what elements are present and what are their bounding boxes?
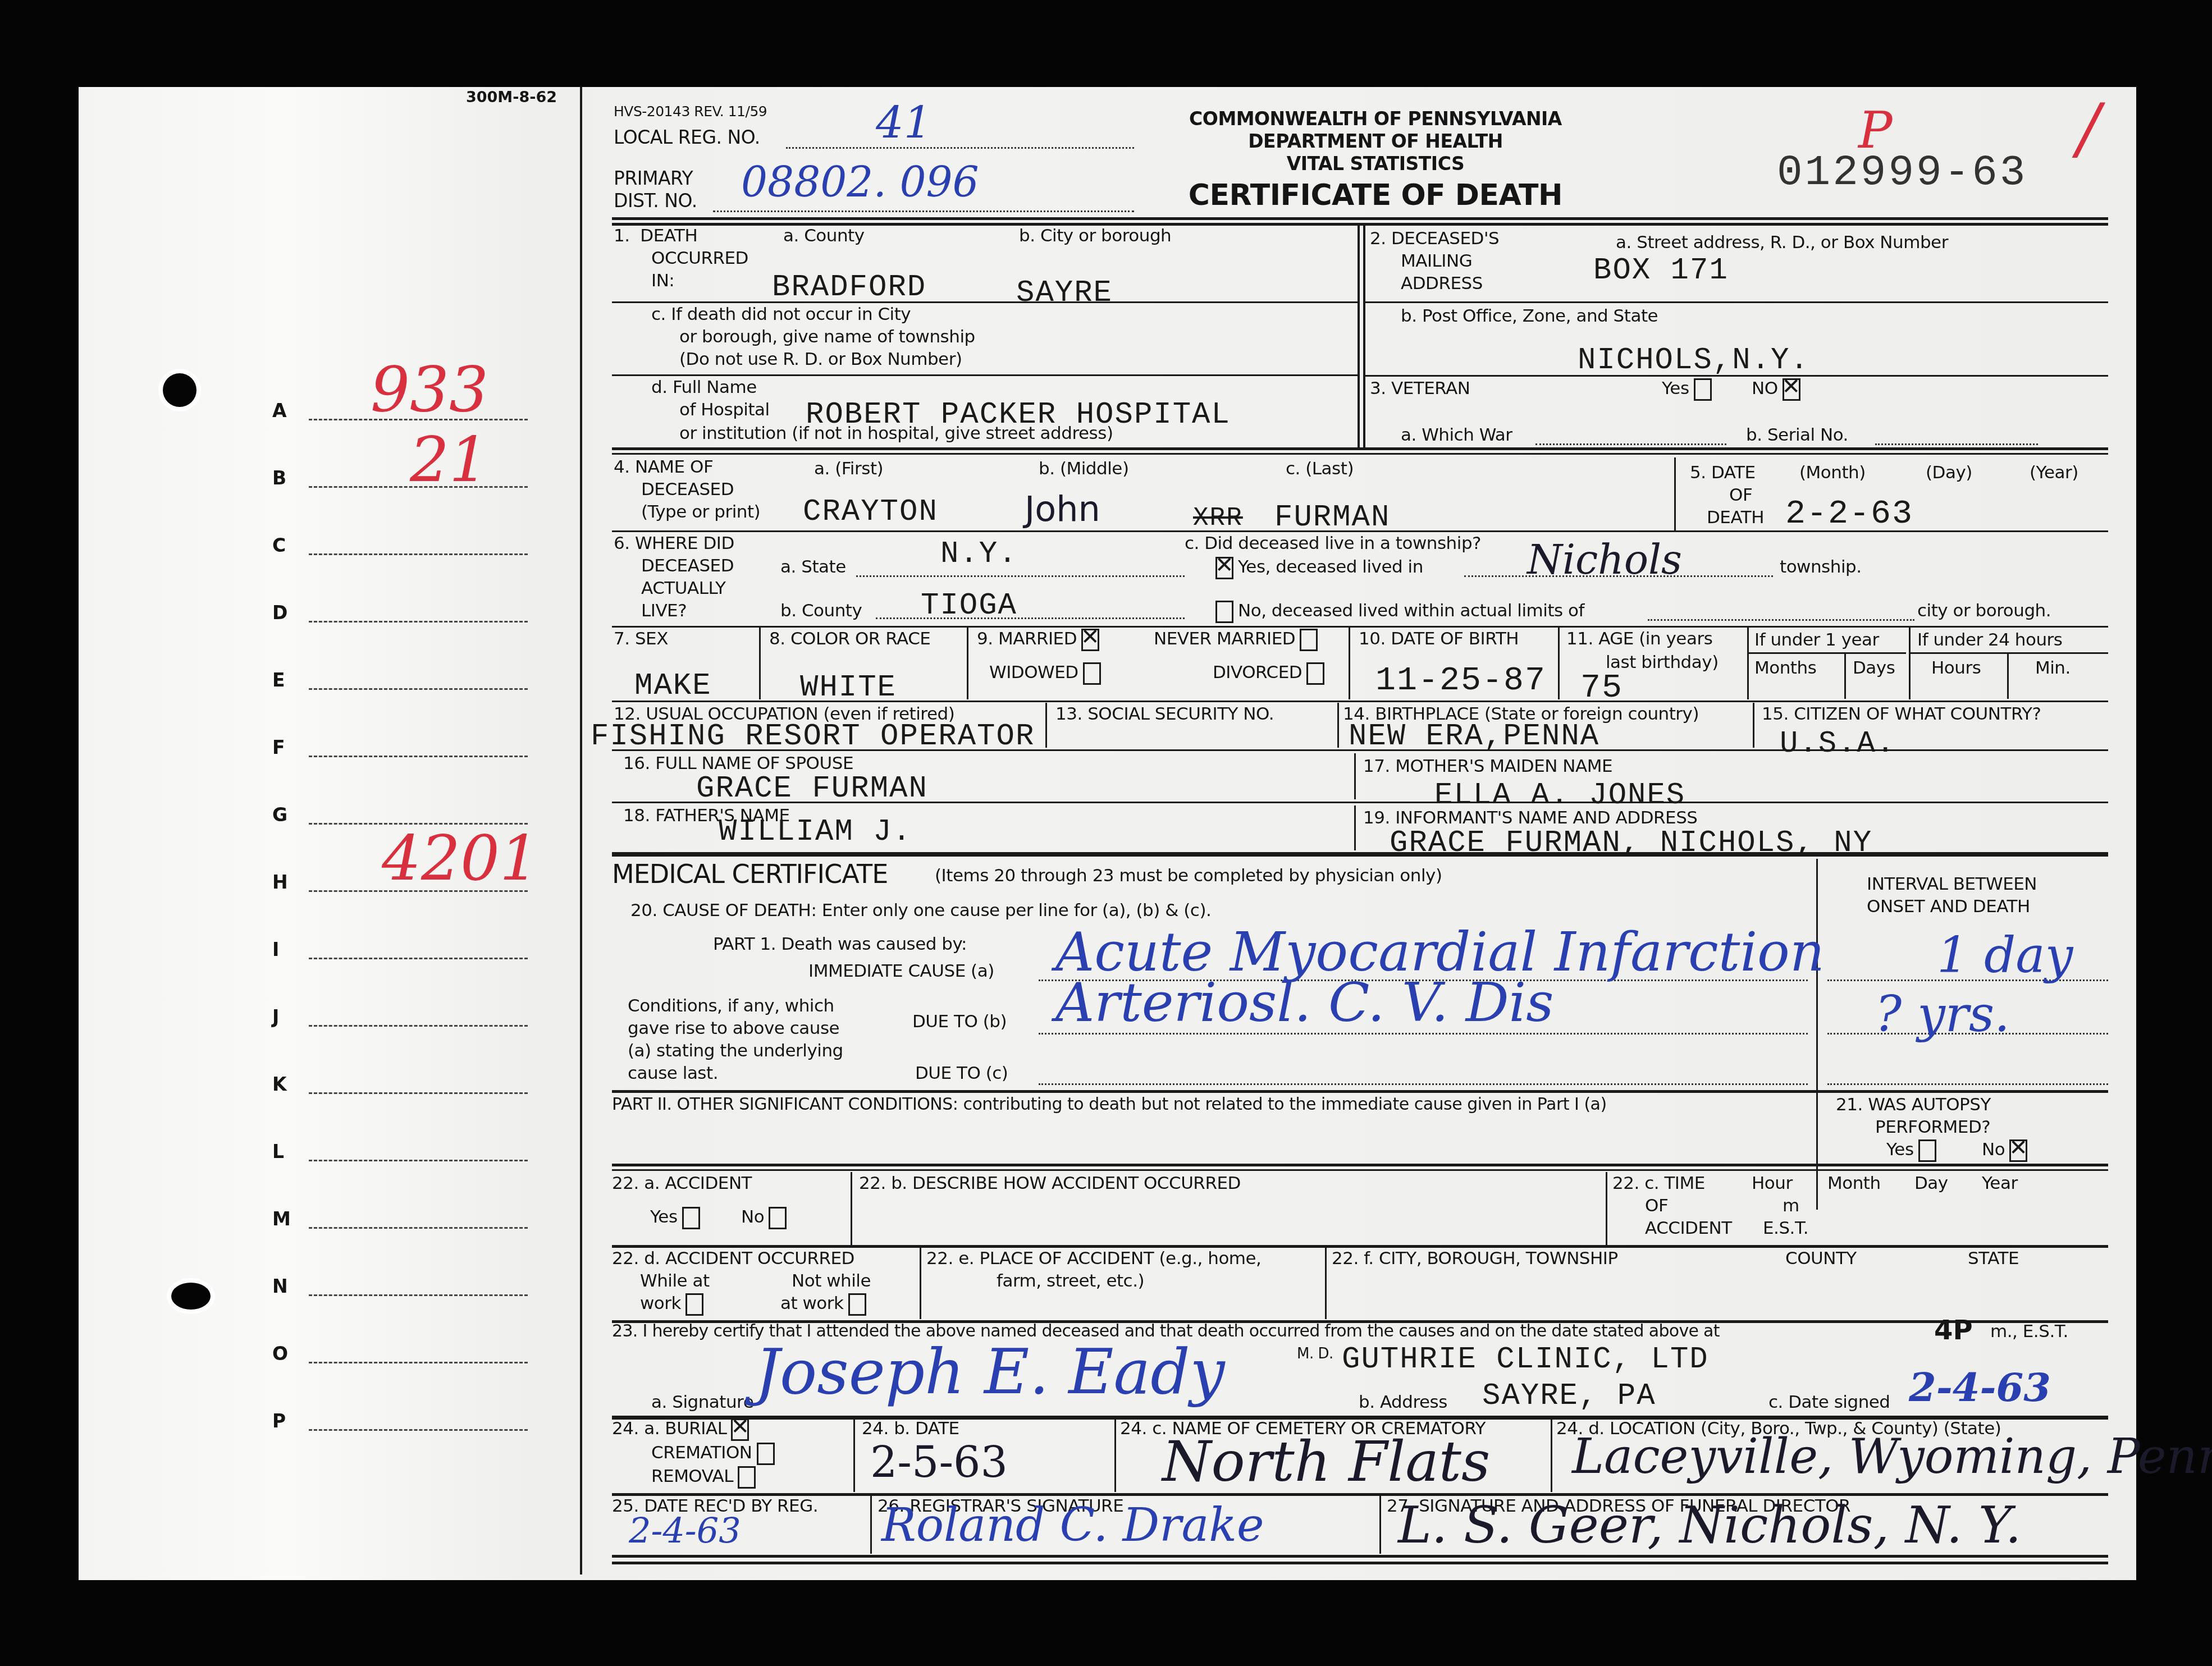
- section-rule-7: [612, 852, 2108, 857]
- accident-yes-checkbox[interactable]: [682, 1207, 700, 1229]
- city-suffix: city or borough.: [1917, 599, 2051, 622]
- residence-state-label: a. State: [780, 556, 846, 578]
- accident-state-label: STATE: [1968, 1247, 2019, 1270]
- accident-county-label: COUNTY: [1785, 1247, 1857, 1270]
- margin-letter-k: K: [272, 1073, 287, 1095]
- married-checkbox[interactable]: [1081, 629, 1099, 651]
- accident-time-label-l2: OF: [1645, 1194, 1668, 1217]
- post-office-label: b. Post Office, Zone, and State: [1401, 305, 1658, 327]
- state-file-number: 012999-63: [1777, 149, 2027, 197]
- never-married-checkbox[interactable]: [1300, 629, 1318, 651]
- serial-no-label: b. Serial No.: [1746, 424, 1848, 446]
- informant-label: 19. INFORMANT'S NAME AND ADDRESS: [1363, 807, 1698, 829]
- cremation-checkbox[interactable]: [757, 1443, 775, 1465]
- due-to-b-value[interactable]: Arteriosl. C. V. Dis: [1055, 971, 1554, 1034]
- which-war-line: [1535, 443, 1726, 445]
- burial-date-label: 24. b. DATE: [862, 1417, 959, 1440]
- interval-label-l1: INTERVAL BETWEEN: [1867, 873, 2037, 895]
- under-year-rule: [1749, 652, 1906, 654]
- item2-rule-1: [1363, 301, 2108, 303]
- divider-8-9: [967, 628, 968, 699]
- item2-label-l3: ADDRESS: [1401, 272, 1483, 295]
- margin-note-h: 4201: [382, 822, 539, 894]
- accident-day-label: Day: [1914, 1172, 1948, 1194]
- veteran-no: NO: [1752, 377, 1800, 401]
- divider-22d-22e: [920, 1247, 921, 1319]
- state-file-number-suffix: -63: [1944, 149, 2028, 197]
- conditions-label-l1: Conditions, if any, which: [628, 995, 834, 1017]
- address-value[interactable]: SAYRE, PA: [1482, 1381, 1656, 1412]
- item1-item2-divider-a: [1358, 226, 1360, 447]
- bottom-rule-2: [612, 1562, 2108, 1564]
- margin-letter-g: G: [272, 804, 287, 826]
- occupation-value[interactable]: FISHING RESORT OPERATOR: [591, 721, 1035, 753]
- due-to-c-label: DUE TO (c): [915, 1062, 1008, 1084]
- part1-label: PART 1. Death was caused by:: [713, 933, 967, 955]
- medical-subtitle: (Items 20 through 23 must be completed b…: [935, 864, 1442, 887]
- ssn-label: 13. SOCIAL SECURITY NO.: [1055, 703, 1274, 725]
- veteran-label: 3. VETERAN: [1370, 377, 1470, 400]
- county-label: a. County: [783, 225, 865, 247]
- divorced-checkbox[interactable]: [1306, 662, 1324, 685]
- agency-line-3: VITAL STATISTICS: [1179, 153, 1572, 175]
- section-rule-1: [612, 447, 2108, 450]
- dist-no-line: [713, 210, 1134, 212]
- divider-18-19: [1354, 805, 1356, 850]
- death-day-label: (Day): [1926, 461, 1972, 484]
- autopsy-label-l2: PERFORMED?: [1875, 1116, 1990, 1138]
- item5-label-l3: DEATH: [1707, 506, 1764, 529]
- conditions-label-l4: cause last.: [628, 1062, 718, 1084]
- physician-signature[interactable]: Joseph E. Eady: [755, 1336, 1225, 1408]
- city-value[interactable]: SAYRE: [1016, 278, 1113, 309]
- item6-label-l2: DECEASED: [641, 555, 734, 577]
- while-at-work-checkbox[interactable]: [685, 1293, 703, 1316]
- interval-label-l2: ONSET AND DEATH: [1867, 895, 2030, 918]
- race-value[interactable]: WHITE: [800, 672, 897, 704]
- punch-hole-bottom: [171, 1283, 211, 1310]
- death-time-value[interactable]: 4P: [1934, 1315, 1973, 1346]
- autopsy-yes: Yes: [1886, 1138, 1936, 1162]
- funeral-director-value[interactable]: L. S. Geer, Nichols, N. Y.: [1398, 1496, 2021, 1555]
- item6-label-l3: ACTUALLY: [641, 577, 726, 599]
- death-month-label: (Month): [1799, 461, 1866, 484]
- section-rule-9: [612, 1164, 2108, 1166]
- interval-divider: [1816, 859, 1818, 1210]
- dob-label: 10. DATE OF BIRTH: [1359, 628, 1519, 650]
- item1-label: 1. DEATH: [614, 225, 697, 247]
- margin-letter-o: O: [272, 1343, 288, 1365]
- months-label: Months: [1754, 657, 1816, 679]
- middle-name-value[interactable]: John: [1025, 488, 1100, 529]
- accident-occurred-label: 22. d. ACCIDENT OCCURRED: [612, 1247, 854, 1270]
- section-rule-8: [612, 1090, 2108, 1093]
- accident-no-checkbox[interactable]: [769, 1207, 787, 1229]
- accident-no: No: [741, 1206, 787, 1229]
- hospital-label-l1: d. Full Name: [651, 376, 757, 399]
- autopsy-no-checkbox[interactable]: [2009, 1139, 2027, 1162]
- item4-label: 4. NAME OF: [614, 456, 713, 478]
- while-at-work-l1: While at: [640, 1270, 710, 1292]
- age-value[interactable]: 75: [1580, 672, 1623, 704]
- margin-letter-l: L: [272, 1141, 284, 1162]
- divider-9-10: [1349, 628, 1350, 699]
- margin-letter-d: D: [272, 602, 287, 624]
- date-signed-value[interactable]: 2-4-63: [1909, 1364, 2051, 1411]
- lived-city-line: [1648, 619, 1914, 621]
- hospital-label-l2: of Hospital: [679, 399, 770, 421]
- lived-township-value[interactable]: Nichols: [1527, 536, 1682, 583]
- accident-yes: Yes: [650, 1206, 700, 1229]
- burial-date-value[interactable]: 2-5-63: [870, 1437, 1008, 1487]
- item1-item2-divider-b: [1363, 226, 1365, 447]
- not-while-work-checkbox[interactable]: [848, 1293, 866, 1316]
- margin-line-m[interactable]: [309, 1227, 528, 1229]
- serial-no-line: [1875, 443, 2038, 445]
- item2-label-l2: MAILING: [1401, 250, 1472, 272]
- first-name-value[interactable]: CRAYTON: [803, 497, 938, 528]
- divider-10-11: [1558, 628, 1560, 699]
- cemetery-value[interactable]: North Flats: [1162, 1429, 1490, 1494]
- margin-note-a: 933: [371, 354, 488, 425]
- autopsy-yes-checkbox[interactable]: [1918, 1139, 1936, 1162]
- city-label: b. City or borough: [1019, 225, 1171, 247]
- under-day-rule: [1911, 652, 2108, 654]
- burial-option: 24. a. BURIAL: [612, 1417, 749, 1441]
- mother-label: 17. MOTHER'S MAIDEN NAME: [1363, 755, 1612, 777]
- stub-divider: [580, 87, 582, 1575]
- divider-under1-under24: [1909, 628, 1911, 699]
- address-label: b. Address: [1359, 1391, 1447, 1413]
- death-year-label: (Year): [2030, 461, 2078, 484]
- never-married-option: NEVER MARRIED: [1154, 628, 1318, 651]
- margin-line-i[interactable]: [309, 958, 528, 959]
- local-reg-line: [786, 147, 1134, 149]
- margin-letter-n: N: [272, 1275, 288, 1297]
- first-name-label: a. (First): [814, 457, 883, 480]
- red-mark-slash: /: [2077, 90, 2100, 168]
- item4-item5-divider: [1674, 457, 1676, 530]
- section-rule-5: [612, 749, 2108, 751]
- last-name-struck: XRR: [1193, 502, 1243, 534]
- item1-label-l3: IN:: [651, 269, 674, 292]
- signature-label: a. Signature: [651, 1391, 753, 1413]
- residence-county-label: b. County: [780, 599, 862, 622]
- due-to-c-interval-line: [1827, 1083, 2108, 1085]
- section-rule-1b: [612, 453, 2108, 455]
- burial-location-value[interactable]: Laceyville, Wyoming, Penna.: [1572, 1429, 2212, 1485]
- place-accident-label-l1: 22. e. PLACE OF ACCIDENT (e.g., home,: [926, 1247, 1261, 1270]
- margin-line-j[interactable]: [309, 1025, 528, 1027]
- cause-of-death-label: 20. CAUSE OF DEATH: Enter only one cause…: [630, 899, 1211, 922]
- due-to-b-label: DUE TO (b): [912, 1010, 1007, 1033]
- under-year-label: If under 1 year: [1754, 629, 1879, 651]
- accident-time-label-l1: 22. c. TIME: [1612, 1172, 1705, 1194]
- local-reg-value: 41: [876, 98, 931, 149]
- removal-option: REMOVAL: [651, 1465, 756, 1489]
- accident-year-label: Year: [1982, 1172, 2018, 1194]
- margin-line-f[interactable]: [309, 756, 528, 757]
- not-while-work-l1: Not while: [792, 1270, 871, 1292]
- middle-name-label: b. (Middle): [1039, 457, 1128, 480]
- immediate-interval-value[interactable]: 1 day: [1937, 926, 2073, 984]
- immediate-cause-label: IMMEDIATE CAUSE (a): [808, 960, 994, 982]
- item6-label: 6. WHERE DID: [614, 532, 734, 555]
- dob-value[interactable]: 11-25-87: [1375, 665, 1546, 697]
- margin-line-n[interactable]: [309, 1294, 528, 1296]
- header-rule-1: [612, 217, 2108, 220]
- section-rule-9b: [612, 1169, 2108, 1171]
- margin-line-k[interactable]: [309, 1092, 528, 1094]
- veteran-yes-checkbox[interactable]: [1694, 378, 1712, 401]
- margin-letter-j: J: [272, 1006, 279, 1028]
- last-name-label: c. (Last): [1286, 457, 1354, 480]
- margin-line-p[interactable]: [309, 1429, 528, 1431]
- spouse-value[interactable]: GRACE FURMAN: [696, 774, 928, 805]
- while-at-work-l2: work: [640, 1292, 703, 1316]
- divorced-option: DIVORCED: [1213, 661, 1324, 685]
- date-of-death-value[interactable]: 2-2-63: [1785, 498, 1913, 530]
- describe-accident-label: 22. b. DESCRIBE HOW ACCIDENT OCCURRED: [859, 1172, 1241, 1194]
- divider-24c-24d: [1551, 1419, 1552, 1492]
- divider-13-14: [1337, 703, 1339, 748]
- divider-25-26: [870, 1495, 872, 1554]
- accident-time-label-l3: ACCIDENT: [1645, 1217, 1732, 1239]
- red-mark-p: P: [1858, 101, 1893, 160]
- divider-hours-min: [2007, 654, 2009, 699]
- widowed-option: WIDOWED: [989, 661, 1101, 685]
- divider-22e-22f: [1325, 1247, 1327, 1319]
- divider-16-17: [1354, 753, 1356, 799]
- divider-11-under1: [1747, 628, 1749, 699]
- divider-22b-22c: [1606, 1172, 1607, 1245]
- which-war-label: a. Which War: [1401, 424, 1512, 446]
- registrar-signature-value[interactable]: Roland C. Drake: [881, 1499, 1264, 1552]
- accident-hour-label: Hour: [1752, 1172, 1793, 1194]
- min-label: Min.: [2035, 657, 2071, 679]
- item6-label-l4: LIVE?: [641, 599, 687, 622]
- residence-county-value[interactable]: TIOGA: [921, 591, 1017, 622]
- divider-months-days: [1844, 654, 1846, 699]
- birthplace-value[interactable]: NEW ERA,PENNA: [1349, 721, 1599, 753]
- due-to-b-interval-value[interactable]: ? yrs.: [1875, 985, 2010, 1043]
- autopsy-label-l1: 21. WAS AUTOPSY: [1836, 1093, 1991, 1116]
- hospital-value[interactable]: ROBERT PACKER HOSPITAL: [806, 400, 1231, 431]
- race-label: 8. COLOR OR RACE: [769, 628, 930, 650]
- divider-22a-22b: [851, 1172, 852, 1245]
- lived-township-yes-checkbox[interactable]: [1215, 557, 1233, 579]
- accident-city-label: 22. f. CITY, BOROUGH, TOWNSHIP: [1332, 1247, 1618, 1270]
- divider-26-27: [1379, 1495, 1381, 1554]
- margin-letter-b: B: [272, 467, 286, 489]
- spouse-label: 16. FULL NAME OF SPOUSE: [623, 752, 853, 775]
- margin-letter-m: M: [272, 1208, 291, 1230]
- medical-title: MEDICAL CERTIFICATE: [612, 859, 888, 889]
- age-label-l1: 11. AGE (in years: [1566, 628, 1712, 650]
- cremation-option: CREMATION: [651, 1441, 775, 1465]
- father-value[interactable]: WILLIAM J.: [719, 817, 912, 848]
- lived-township-yes: Yes, deceased lived in: [1215, 556, 1423, 579]
- sex-value[interactable]: MAKE: [634, 671, 712, 702]
- date-signed-label: c. Date signed: [1768, 1391, 1890, 1413]
- last-name-value[interactable]: FURMAN: [1274, 502, 1390, 534]
- widowed-checkbox[interactable]: [1083, 662, 1101, 685]
- primary-label: PRIMARY: [614, 167, 693, 190]
- margin-letter-p: P: [272, 1410, 286, 1432]
- accident-label: 22. a. ACCIDENT: [612, 1172, 752, 1194]
- accident-month-label: Month: [1827, 1172, 1881, 1194]
- punch-hole-top: [163, 373, 196, 407]
- form-code: 300M-8-62: [466, 89, 557, 106]
- margin-letter-i: I: [272, 939, 279, 960]
- clinic-value[interactable]: GUTHRIE CLINIC, LTD: [1342, 1344, 1709, 1376]
- section-rule-6: [612, 802, 2108, 803]
- county-value[interactable]: BRADFORD: [772, 272, 926, 304]
- margin-letter-h: H: [272, 871, 288, 893]
- hours-label: Hours: [1931, 657, 1981, 679]
- item5-label-l2: OF: [1729, 484, 1752, 506]
- burial-checkbox[interactable]: [731, 1418, 749, 1441]
- md-label: M. D.: [1297, 1343, 1333, 1365]
- form-number: HVS-20143 REV. 11/59: [614, 101, 767, 122]
- margin-letter-f: F: [272, 736, 285, 758]
- item4-label-l3: (Type or print): [641, 501, 760, 523]
- divider-24a-24b: [853, 1419, 855, 1492]
- margin-line-l[interactable]: [309, 1160, 528, 1161]
- not-while-work-l2: at work: [780, 1292, 866, 1316]
- dist-no-value: 08802. 096: [741, 158, 979, 207]
- margin-letter-e: E: [272, 669, 285, 691]
- township-label-l2: or borough, give name of township: [679, 326, 975, 348]
- margin-letter-c: C: [272, 534, 286, 556]
- agency-line-2: DEPARTMENT OF HEALTH: [1179, 130, 1572, 152]
- residence-state-value[interactable]: N.Y.: [940, 539, 1018, 570]
- divider-7-8: [759, 628, 761, 699]
- item4-label-l2: DECEASED: [641, 478, 734, 501]
- bottom-rule-1: [612, 1555, 2108, 1558]
- township-label-l3: (Do not use R. D. or Box Number): [679, 348, 962, 370]
- local-reg-label: LOCAL REG. NO.: [614, 126, 760, 149]
- section-rule-4: [612, 701, 2108, 702]
- married-option: 9. MARRIED: [977, 628, 1099, 651]
- margin-note-b: 21: [410, 424, 488, 496]
- accident-m-label: m: [1783, 1194, 1799, 1217]
- item1-label-l2: OCCURRED: [651, 247, 748, 269]
- conditions-label-l2: gave rise to above cause: [628, 1017, 839, 1040]
- margin-line-e[interactable]: [309, 688, 528, 690]
- accident-est-label: E.S.T.: [1763, 1217, 1808, 1239]
- divider-12-13: [1045, 703, 1047, 748]
- margin-line-c[interactable]: [309, 553, 528, 555]
- days-label: Days: [1853, 657, 1895, 679]
- item2-label: 2. DECEASED'S: [1370, 227, 1499, 250]
- item5-label-l1: 5. DATE: [1690, 461, 1756, 484]
- post-office-value[interactable]: NICHOLS,N.Y.: [1578, 345, 1809, 377]
- street-label: a. Street address, R. D., or Box Number: [1616, 231, 1948, 254]
- township-label-l1: c. If death did not occur in City: [651, 303, 911, 326]
- autopsy-no: No: [1982, 1138, 2027, 1162]
- lived-city-no-checkbox[interactable]: [1215, 601, 1233, 623]
- part2-label: PART II. OTHER SIGNIFICANT CONDITIONS: c…: [612, 1093, 1607, 1116]
- veteran-no-checkbox[interactable]: [1783, 378, 1800, 401]
- certificate-title: CERTIFICATE OF DEATH: [1151, 178, 1600, 212]
- dist-no-label: DIST. NO.: [614, 190, 697, 212]
- township-question: c. Did deceased live in a township?: [1185, 532, 1481, 555]
- citizen-value[interactable]: U.S.A.: [1780, 729, 1895, 760]
- margin-line-o[interactable]: [309, 1362, 528, 1363]
- divider-24b-24c: [1114, 1419, 1116, 1492]
- agency-line-1: COMMONWEALTH OF PENNSYLVANIA: [1179, 108, 1572, 130]
- margin-letter-a: A: [272, 400, 287, 422]
- township-suffix: township.: [1780, 556, 1862, 578]
- citizen-label: 15. CITIZEN OF WHAT COUNTRY?: [1762, 703, 2041, 725]
- lived-city-no: No, deceased lived within actual limits …: [1215, 599, 1584, 623]
- item2-rule-2: [1363, 375, 2108, 377]
- sex-label: 7. SEX: [614, 628, 668, 650]
- conditions-label-l3: (a) stating the underlying: [628, 1040, 843, 1062]
- removal-checkbox[interactable]: [738, 1466, 756, 1489]
- due-to-c-line: [1039, 1083, 1808, 1085]
- date-recd-value[interactable]: 2-4-63: [629, 1510, 741, 1551]
- residence-state-line: [856, 575, 1185, 577]
- margin-line-d[interactable]: [309, 621, 528, 623]
- divider-14-15: [1753, 703, 1754, 748]
- street-value[interactable]: BOX 171: [1593, 255, 1729, 287]
- death-time-suffix: m., E.S.T.: [1990, 1320, 2068, 1343]
- under-day-label: If under 24 hours: [1917, 629, 2063, 651]
- veteran-yes: Yes: [1662, 377, 1712, 401]
- place-accident-label-l2: farm, street, etc.): [997, 1270, 1144, 1292]
